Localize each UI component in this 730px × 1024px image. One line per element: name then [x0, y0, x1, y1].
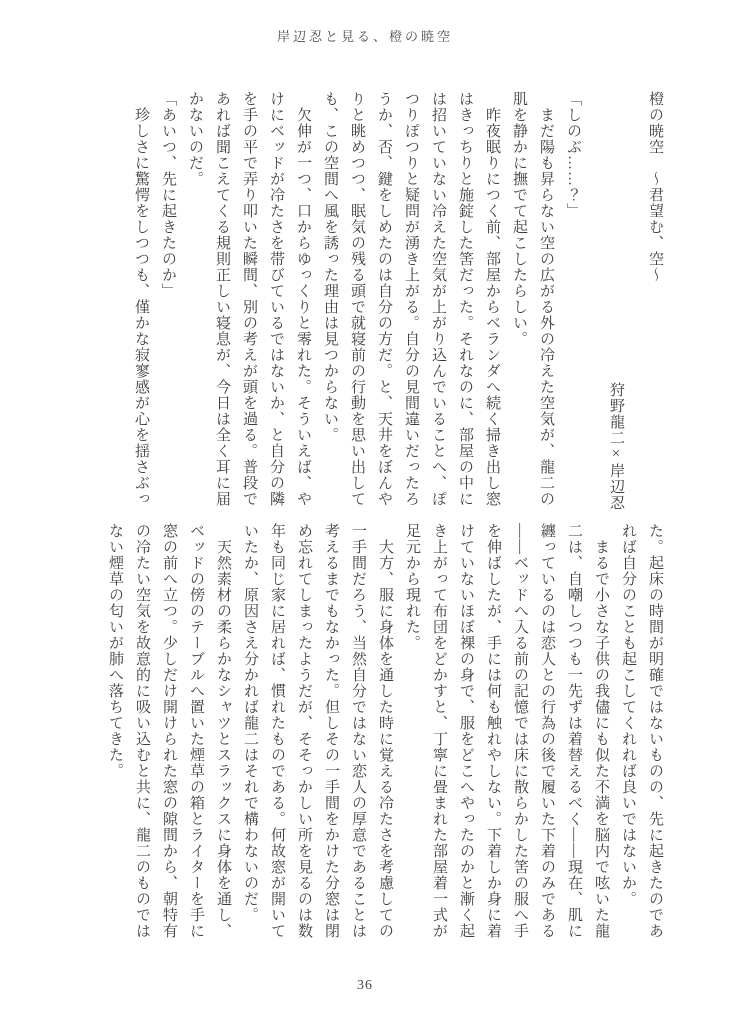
page-content: 橙の暁空 〜君望む、空〜 狩野龍二×岸辺忍 「しのぶ……？」 まだ陽も昇らない空…: [50, 91, 668, 975]
text-line: た。起床の時間が明確ではないものの、先に起きたのであ: [641, 523, 668, 975]
text-line: の冷たい空気を故意的に吸い込むと共に、龍二のものでは: [128, 523, 155, 975]
text-line: 天然素材の柔らかなシャツとスラックスに身体を通し、: [209, 523, 236, 975]
text-line: 纏っているのは恋人との行為の後で履いた下着のみである: [533, 523, 560, 975]
text-line: め忘れてしまったようだが、そそっかしい所を見るのは数: [290, 523, 317, 975]
text-line: いたか、原因さえ分かれば龍二はそれで構わないのだ。: [236, 523, 263, 975]
text-line: 足元から現れた。: [398, 523, 425, 975]
text-line: も、この空間へ風を誘った理由は見つからない。: [316, 91, 343, 511]
text-line: 欠伸が一つ、口からゆっくりと零れた。そういえば、や: [289, 91, 316, 511]
text-line: 年も同じ家に居れば、慣れたものである。何故窓が開いて: [263, 523, 290, 975]
text-line: ない煙草の匂いが肺へ落ちてきた。: [101, 523, 128, 975]
running-header: 岸辺忍と見る、橙の暁空: [0, 26, 730, 45]
text-line: かないのだ。: [181, 91, 208, 511]
text-line: けていないほぼ裸の身で、服をどこへやったのかと漸く起: [452, 523, 479, 975]
text-line: うか、否、鍵をしめたのは自分の方だ。と、天井をぼんや: [370, 91, 397, 511]
lower-text-block: た。起床の時間が明確ではないものの、先に起きたのであれば自分のことも起こしてくれ…: [50, 523, 668, 975]
story-title: 橙の暁空 〜君望む、空〜: [641, 91, 668, 511]
page-number: 36: [0, 978, 730, 994]
text-line: を伸ばしたが、手には何も触れやしない。下着しか身に着: [479, 523, 506, 975]
upper-text-block: 橙の暁空 〜君望む、空〜 狩野龍二×岸辺忍 「しのぶ……？」 まだ陽も昇らない空…: [50, 91, 668, 511]
text-line: を手の平で弄り叩いた瞬間、別の考えが頭を過る。普段で: [235, 91, 262, 511]
text-line: 考えるまでもなかった。但しその一手間をかけた分窓は閉: [317, 523, 344, 975]
text-line: 大方、服に身体を通した時に覚える冷たさを考慮しての: [371, 523, 398, 975]
doujin-novel-page: 岸辺忍と見る、橙の暁空 橙の暁空 〜君望む、空〜 狩野龍二×岸辺忍 「しのぶ………: [0, 0, 730, 1024]
pairing-credit: 狩野龍二×岸辺忍: [602, 91, 629, 511]
text-line: まだ陽も昇らない空の広がる外の冷えた空気が、龍二の: [532, 91, 559, 511]
text-line: はきっちりと施錠した筈だった。それなのに、部屋の中に: [451, 91, 478, 511]
text-line: りと眺めつつ、眠気の残る頭で就寝前の行動を思い出して: [343, 91, 370, 511]
text-line: 珍しさに驚愕をしつつも、僅かな寂寥感が心を揺さぶっ: [127, 91, 154, 511]
text-line: まるで小さな子供の我儘にも似た不満を脳内で呟いた龍: [587, 523, 614, 975]
text-line: けにベッドが冷たさを帯びているではないか、と自分の隣: [262, 91, 289, 511]
text-line: 一手間だろう、当然自分ではない恋人の厚意であることは: [344, 523, 371, 975]
text-line: き上がって布団をどかすと、丁寧に畳まれた部屋着一式が: [425, 523, 452, 975]
text-line: つりぽつりと疑問が湧き上がる。自分の見間違いだったろ: [397, 91, 424, 511]
text-line: ――ベッドへ入る前の記憶では床に散らかした筈の服へ手: [506, 523, 533, 975]
text-line: 「あいつ、先に起きたのか」: [154, 91, 181, 511]
text-line: れば自分のことも起こしてくれれば良いではないか。: [614, 523, 641, 975]
text-line: は招いていない冷えた空気が上がり込んでいることへ、ぽ: [424, 91, 451, 511]
text-line: あれば聞こえてくる規則正しい寝息が、今日は全く耳に届: [208, 91, 235, 511]
text-line: 二は、自嘲しつつも一先ずは着替えるべく――現在、肌に: [560, 523, 587, 975]
upper-body-lines: 「しのぶ……？」 まだ陽も昇らない空の広がる外の冷えた空気が、龍二の肌を静かに撫…: [127, 91, 586, 511]
text-line: 昨夜眠りにつく前、部屋からベランダへ続く掃き出し窓: [478, 91, 505, 511]
text-line: 肌を静かに撫でて起こしたらしい。: [505, 91, 532, 511]
text-line: 窓の前へ立つ。少しだけ開けられた窓の隙間から、朝特有: [155, 523, 182, 975]
text-line: ベッドの傍のテーブルへ置いた煙草の箱とライターを手に: [182, 523, 209, 975]
text-line: 「しのぶ……？」: [559, 91, 586, 511]
lower-body-lines: た。起床の時間が明確ではないものの、先に起きたのであれば自分のことも起こしてくれ…: [101, 523, 668, 975]
